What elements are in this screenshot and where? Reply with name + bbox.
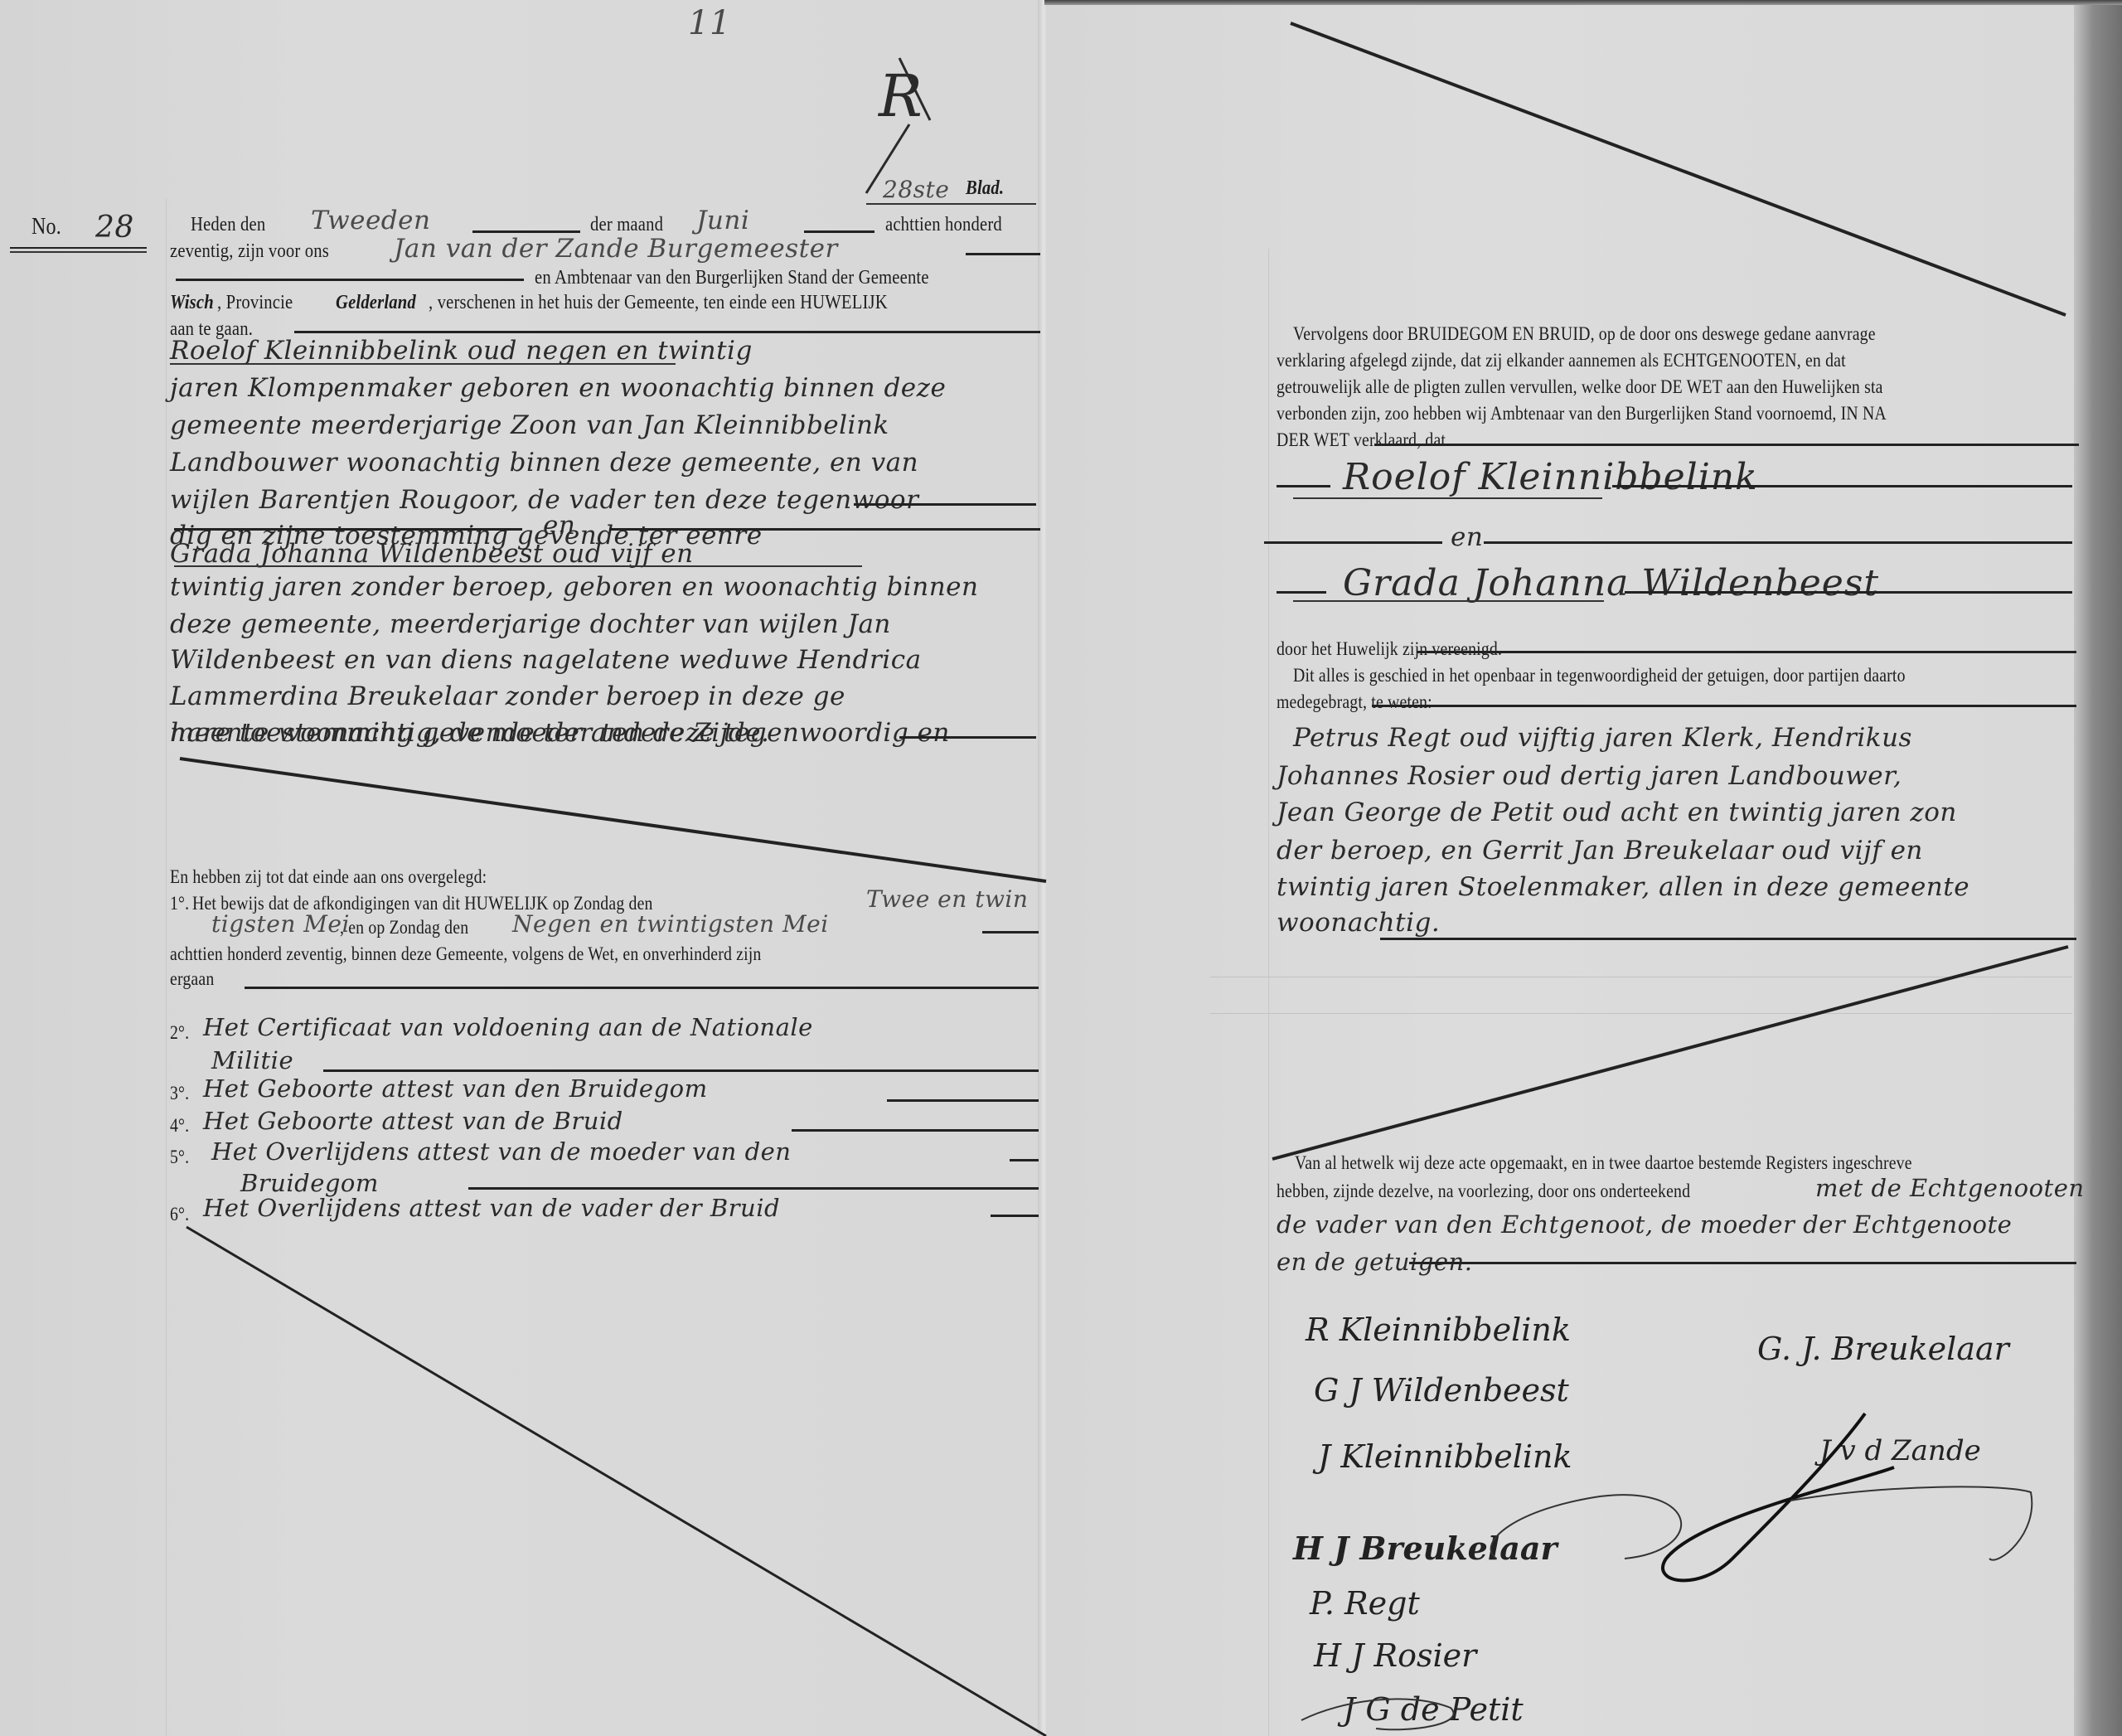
document-number: 3°. bbox=[170, 1083, 189, 1104]
act-number-label: No. bbox=[31, 214, 61, 240]
groom-name-underline bbox=[170, 363, 676, 365]
document-number: 1°. bbox=[170, 893, 189, 914]
fill-line bbox=[1264, 541, 1442, 544]
bride-line: Lammerdina Breukelaar zonder beroep in d… bbox=[170, 681, 845, 711]
header-text: zeventig, zijn voor ons bbox=[170, 240, 329, 263]
faint-ruling bbox=[1210, 1013, 2072, 1014]
bride-line: hare toestemming gevende ter andere Zijd… bbox=[170, 718, 769, 748]
fill-line bbox=[176, 279, 524, 281]
closing-text: Van al hetwelk wij deze acte opgemaakt, … bbox=[1295, 1152, 1912, 1174]
fill-line bbox=[1277, 591, 1326, 594]
right-margin-rule bbox=[1268, 249, 1269, 1736]
witness-line: Jean George de Petit oud acht en twintig… bbox=[1277, 798, 1957, 827]
fill-line bbox=[1409, 1262, 2076, 1264]
header-text: , verschenen in het huis der Gemeente, t… bbox=[429, 292, 888, 314]
province: Gelderland bbox=[336, 292, 416, 314]
document-entry: Het Overlijdens attest van de moeder van… bbox=[211, 1137, 791, 1166]
fill-line bbox=[966, 253, 1040, 255]
groom-line: gemeente meerderjarige Zoon van Jan Klei… bbox=[170, 410, 889, 440]
fill-line bbox=[1484, 541, 2072, 544]
declaration-line: verklaring afgelegd zijnde, dat zij elka… bbox=[1277, 350, 1846, 371]
fill-line bbox=[468, 1187, 1039, 1190]
bride-name: Grada Johanna Wildenbeest bbox=[1343, 562, 1879, 604]
fill-line bbox=[982, 931, 1039, 933]
united-text: door het Huwelijk zijn vereenigd. bbox=[1277, 638, 1502, 660]
fill-line bbox=[887, 1099, 1039, 1102]
fill-line bbox=[1612, 485, 2072, 487]
groom-line: jaren Klompenmaker geboren en woonachtig… bbox=[170, 373, 946, 403]
header-text: achttien honderd bbox=[885, 214, 1002, 236]
fill-line bbox=[174, 528, 522, 531]
signature-groom-father: J Kleinnibbelink bbox=[1318, 1438, 1572, 1475]
document-text: achttien honderd zeventig, binnen deze G… bbox=[170, 943, 762, 965]
act-number-underline bbox=[10, 247, 147, 249]
bride-name-underline bbox=[174, 565, 862, 567]
fill-line bbox=[1380, 938, 2076, 940]
banns-date-1-cont: tigsten Mei bbox=[211, 910, 350, 938]
document-entry: Het Geboorte attest van den Bruidegom bbox=[203, 1074, 708, 1103]
declaration-line: getrouwelijk alle de pligten zullen verv… bbox=[1277, 376, 1883, 398]
document-text: , en op Zondag den bbox=[340, 917, 468, 938]
fill-line bbox=[792, 1129, 1039, 1132]
document-number: 2°. bbox=[170, 1022, 189, 1044]
banns-date-1: Twee en twin bbox=[866, 885, 1028, 913]
header-text: Heden den bbox=[191, 214, 265, 236]
faint-ruling bbox=[1210, 977, 2072, 977]
document-entry: Bruidegom bbox=[240, 1169, 379, 1197]
document-entry: Het Geboorte attest van de Bruid bbox=[203, 1107, 623, 1135]
header-text: , Provincie bbox=[217, 292, 293, 314]
fill-line bbox=[1417, 651, 2076, 653]
fill-line bbox=[991, 1215, 1039, 1217]
municipality: Wisch bbox=[170, 292, 214, 314]
signature-official: J v d Zande bbox=[1819, 1434, 1981, 1467]
official-name: Jan van der Zande Burgemeester bbox=[394, 234, 838, 264]
document-number: 6°. bbox=[170, 1204, 189, 1225]
signature-bride: G J Wildenbeest bbox=[1314, 1372, 1569, 1409]
fill-line bbox=[1277, 485, 1330, 487]
document-entry: Militie bbox=[211, 1046, 293, 1074]
closing-text: hebben, zijnde dezelve, na voorlezing, d… bbox=[1277, 1181, 1690, 1202]
groom-line: Landbouwer woonachtig binnen deze gemeen… bbox=[170, 448, 918, 478]
document-entry: Het Overlijdens attest van de vader der … bbox=[203, 1194, 780, 1222]
fill-line bbox=[609, 528, 1040, 531]
initial-mark: R bbox=[879, 62, 923, 130]
bride-line: deze gemeente, meerderjarige dochter van… bbox=[170, 609, 891, 639]
blad-underline bbox=[866, 203, 1036, 205]
fill-line bbox=[1010, 1159, 1039, 1161]
declaration-line: Vervolgens door BRUIDEGOM EN BRUID, op d… bbox=[1293, 323, 1876, 345]
fill-line bbox=[294, 331, 1040, 333]
book-right-edge bbox=[2074, 0, 2122, 1736]
document-text: ergaan bbox=[170, 968, 214, 990]
documents-intro: En hebben zij tot dat einde aan ons over… bbox=[170, 866, 487, 888]
groom-name: Roelof Kleinnibbelink bbox=[1343, 456, 1758, 498]
right-register-page bbox=[1046, 0, 2074, 1736]
fill-line bbox=[472, 230, 580, 233]
closing-hand: de vader van den Echtgenoot, de moeder d… bbox=[1277, 1210, 2012, 1239]
witness-line: Johannes Rosier oud dertig jaren Landbou… bbox=[1277, 761, 1902, 791]
blad-label: Blad. bbox=[966, 177, 1004, 200]
signature-witness-rosier: H J Rosier bbox=[1314, 1637, 1476, 1674]
witness-line: woonachtig. bbox=[1277, 908, 1440, 938]
witness-line: der beroep, en Gerrit Jan Breukelaar oud… bbox=[1277, 836, 1923, 866]
book-top-edge bbox=[1044, 0, 2122, 5]
document-number: 4°. bbox=[170, 1115, 189, 1137]
fill-line bbox=[854, 503, 1036, 506]
conjunction-en: en bbox=[543, 511, 575, 541]
header-text: en Ambtenaar van den Burgerlijken Stand … bbox=[535, 267, 929, 289]
fill-line bbox=[323, 1069, 1039, 1072]
fill-line bbox=[245, 987, 1039, 989]
witness-line: Petrus Regt oud vijftig jaren Klerk, Hen… bbox=[1293, 723, 1912, 753]
banns-date-2: Negen en twintigsten Mei bbox=[512, 910, 829, 938]
witness-intro: medegebragt, te weten: bbox=[1277, 691, 1432, 713]
bride-line: Grada Johanna Wildenbeest oud vijf en bbox=[170, 539, 694, 569]
pencil-mark: 11 bbox=[688, 4, 731, 42]
page-number: 28ste bbox=[883, 176, 949, 203]
declaration-line: DER WET verklaard, dat bbox=[1277, 429, 1446, 451]
groom-line: Roelof Kleinnibbelink oud negen en twint… bbox=[170, 336, 753, 366]
document-entry: Het Certificaat van voldoening aan de Na… bbox=[203, 1013, 813, 1041]
act-number-value: 28 bbox=[95, 211, 134, 245]
signature-witness-regt: P. Regt bbox=[1310, 1585, 1420, 1622]
marriage-day: Tweeden bbox=[311, 206, 430, 235]
header-text: der maand bbox=[590, 214, 663, 236]
declaration-line: verbonden zijn, zoo hebben wij Ambtenaar… bbox=[1277, 403, 1887, 424]
left-margin-rule bbox=[166, 199, 167, 1736]
bride-name-underline bbox=[1293, 600, 1604, 602]
witness-line: twintig jaren Stoelenmaker, allen in dez… bbox=[1277, 872, 1969, 902]
bride-line: twintig jaren zonder beroep, geboren en … bbox=[170, 572, 978, 602]
signature-witness-petit: J G de Petit bbox=[1343, 1691, 1524, 1728]
fill-line bbox=[1374, 444, 2079, 446]
witness-intro: Dit alles is geschied in het openbaar in… bbox=[1293, 665, 1906, 686]
marriage-month: Juni bbox=[696, 206, 749, 235]
closing-hand: met de Echtgenooten bbox=[1815, 1174, 2085, 1202]
signature-groom: R Kleinnibbelink bbox=[1306, 1312, 1571, 1348]
signature-witness-breukelaar: G. J. Breukelaar bbox=[1757, 1331, 2009, 1367]
bride-line: Wildenbeest en van diens nagelatene wedu… bbox=[170, 645, 922, 675]
fill-line bbox=[1625, 591, 2072, 594]
signature-bride-mother: H J Breukelaar bbox=[1293, 1530, 1558, 1567]
fill-line bbox=[899, 736, 1036, 739]
fill-line bbox=[804, 230, 874, 233]
conjunction-en: en bbox=[1451, 522, 1483, 552]
document-number: 5°. bbox=[170, 1147, 189, 1168]
fill-line bbox=[1372, 705, 2076, 707]
groom-name-underline bbox=[1293, 497, 1602, 499]
